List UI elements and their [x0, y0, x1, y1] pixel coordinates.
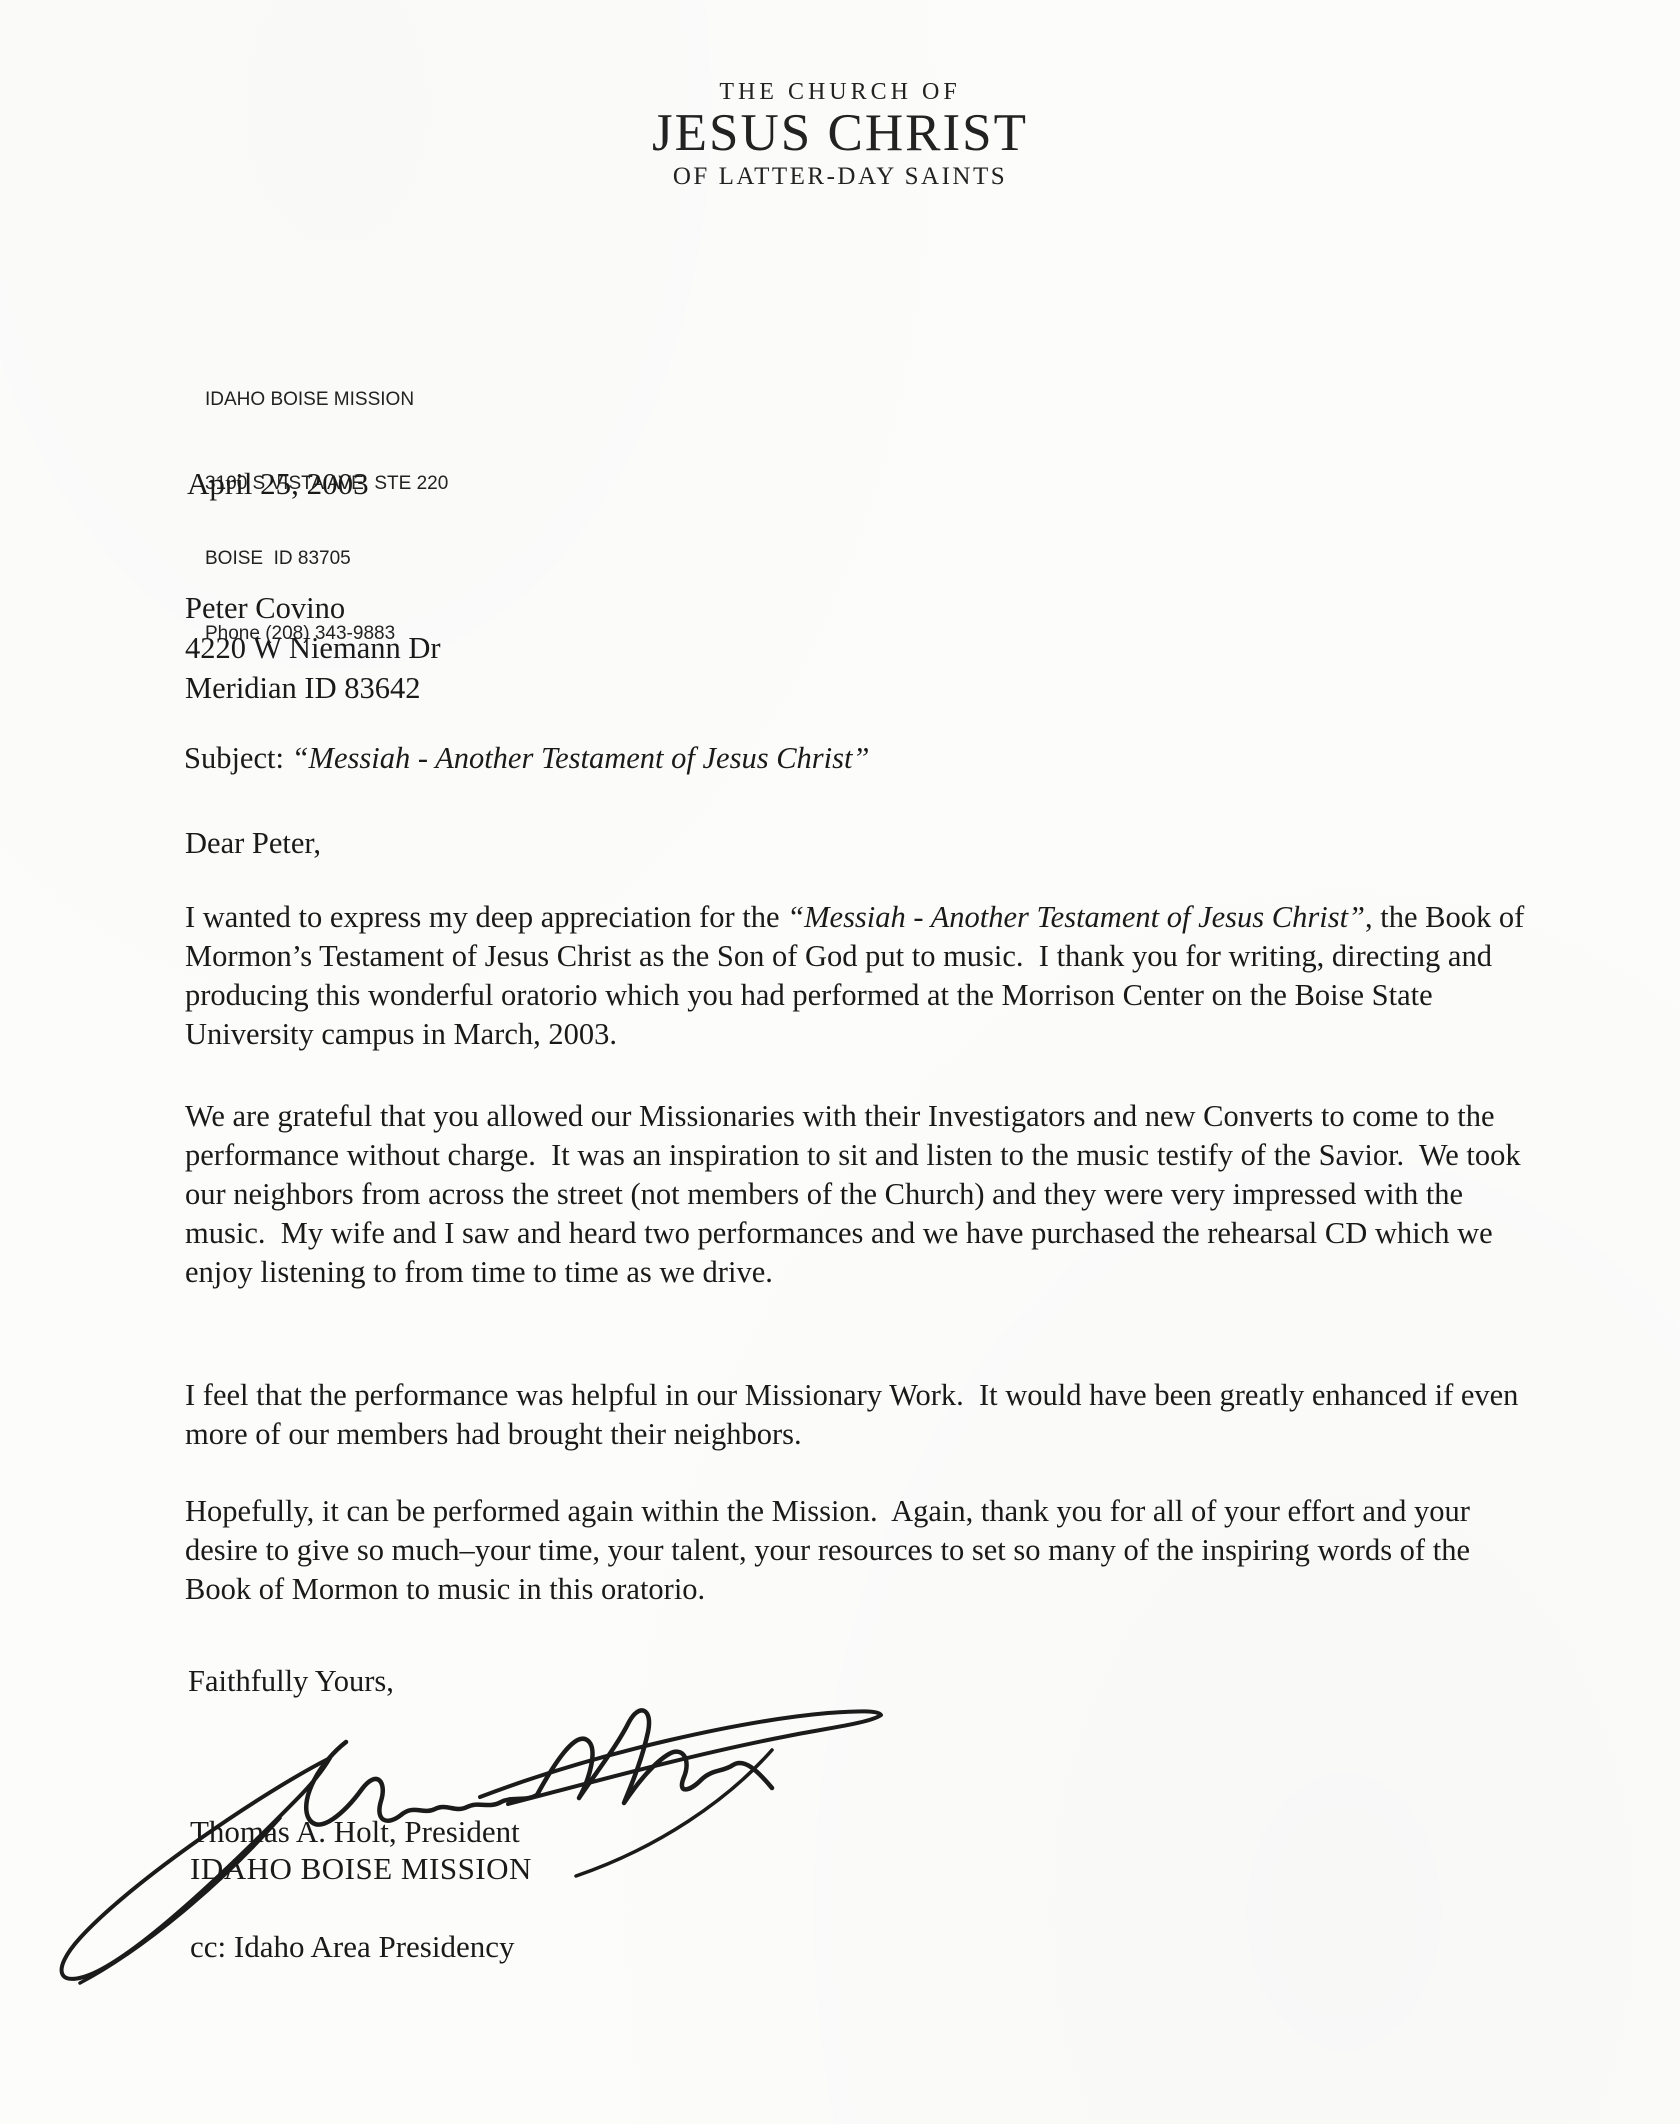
- letterhead-line1: THE CHURCH OF: [0, 80, 1680, 104]
- letter-page: THE CHURCH OF JESUS CHRIST OF LATTER-DAY…: [0, 0, 1680, 2124]
- cc-line: cc: Idaho Area Presidency: [190, 1927, 515, 1966]
- salutation: Dear Peter,: [185, 824, 321, 863]
- letter-date: April 25, 2003: [187, 464, 369, 503]
- body-paragraph-1: I wanted to express my deep appreciation…: [185, 898, 1535, 1054]
- sender-city-state-zip: BOISE ID 83705: [205, 546, 448, 571]
- subject-label: Subject:: [184, 741, 292, 775]
- subject-line: Subject: “Messiah - Another Testament of…: [184, 739, 869, 778]
- recipient-city-state-zip: Meridian ID 83642: [185, 668, 441, 708]
- paragraph-1-text: I wanted to express my deep appreciation…: [185, 900, 787, 934]
- signer-name-title: Thomas A. Holt, President: [190, 1812, 520, 1851]
- letterhead-line3: OF LATTER-DAY SAINTS: [0, 164, 1680, 189]
- recipient-street: 4220 W Niemann Dr: [185, 628, 441, 668]
- letterhead-line2: JESUS CHRIST: [0, 107, 1680, 160]
- body-paragraph-2: We are grateful that you allowed our Mis…: [185, 1097, 1535, 1292]
- body-paragraph-4: Hopefully, it can be performed again wit…: [185, 1492, 1535, 1609]
- body-paragraph-3: I feel that the performance was helpful …: [185, 1376, 1535, 1454]
- subject-title: “Messiah - Another Testament of Jesus Ch…: [292, 741, 870, 775]
- recipient-name: Peter Covino: [185, 588, 441, 628]
- sender-name: IDAHO BOISE MISSION: [205, 387, 448, 412]
- paragraph-1-oratorio-title: “Messiah - Another Testament of Jesus Ch…: [787, 900, 1365, 934]
- signer-organization: IDAHO BOISE MISSION: [190, 1849, 532, 1888]
- recipient-address-block: Peter Covino 4220 W Niemann Dr Meridian …: [185, 588, 441, 708]
